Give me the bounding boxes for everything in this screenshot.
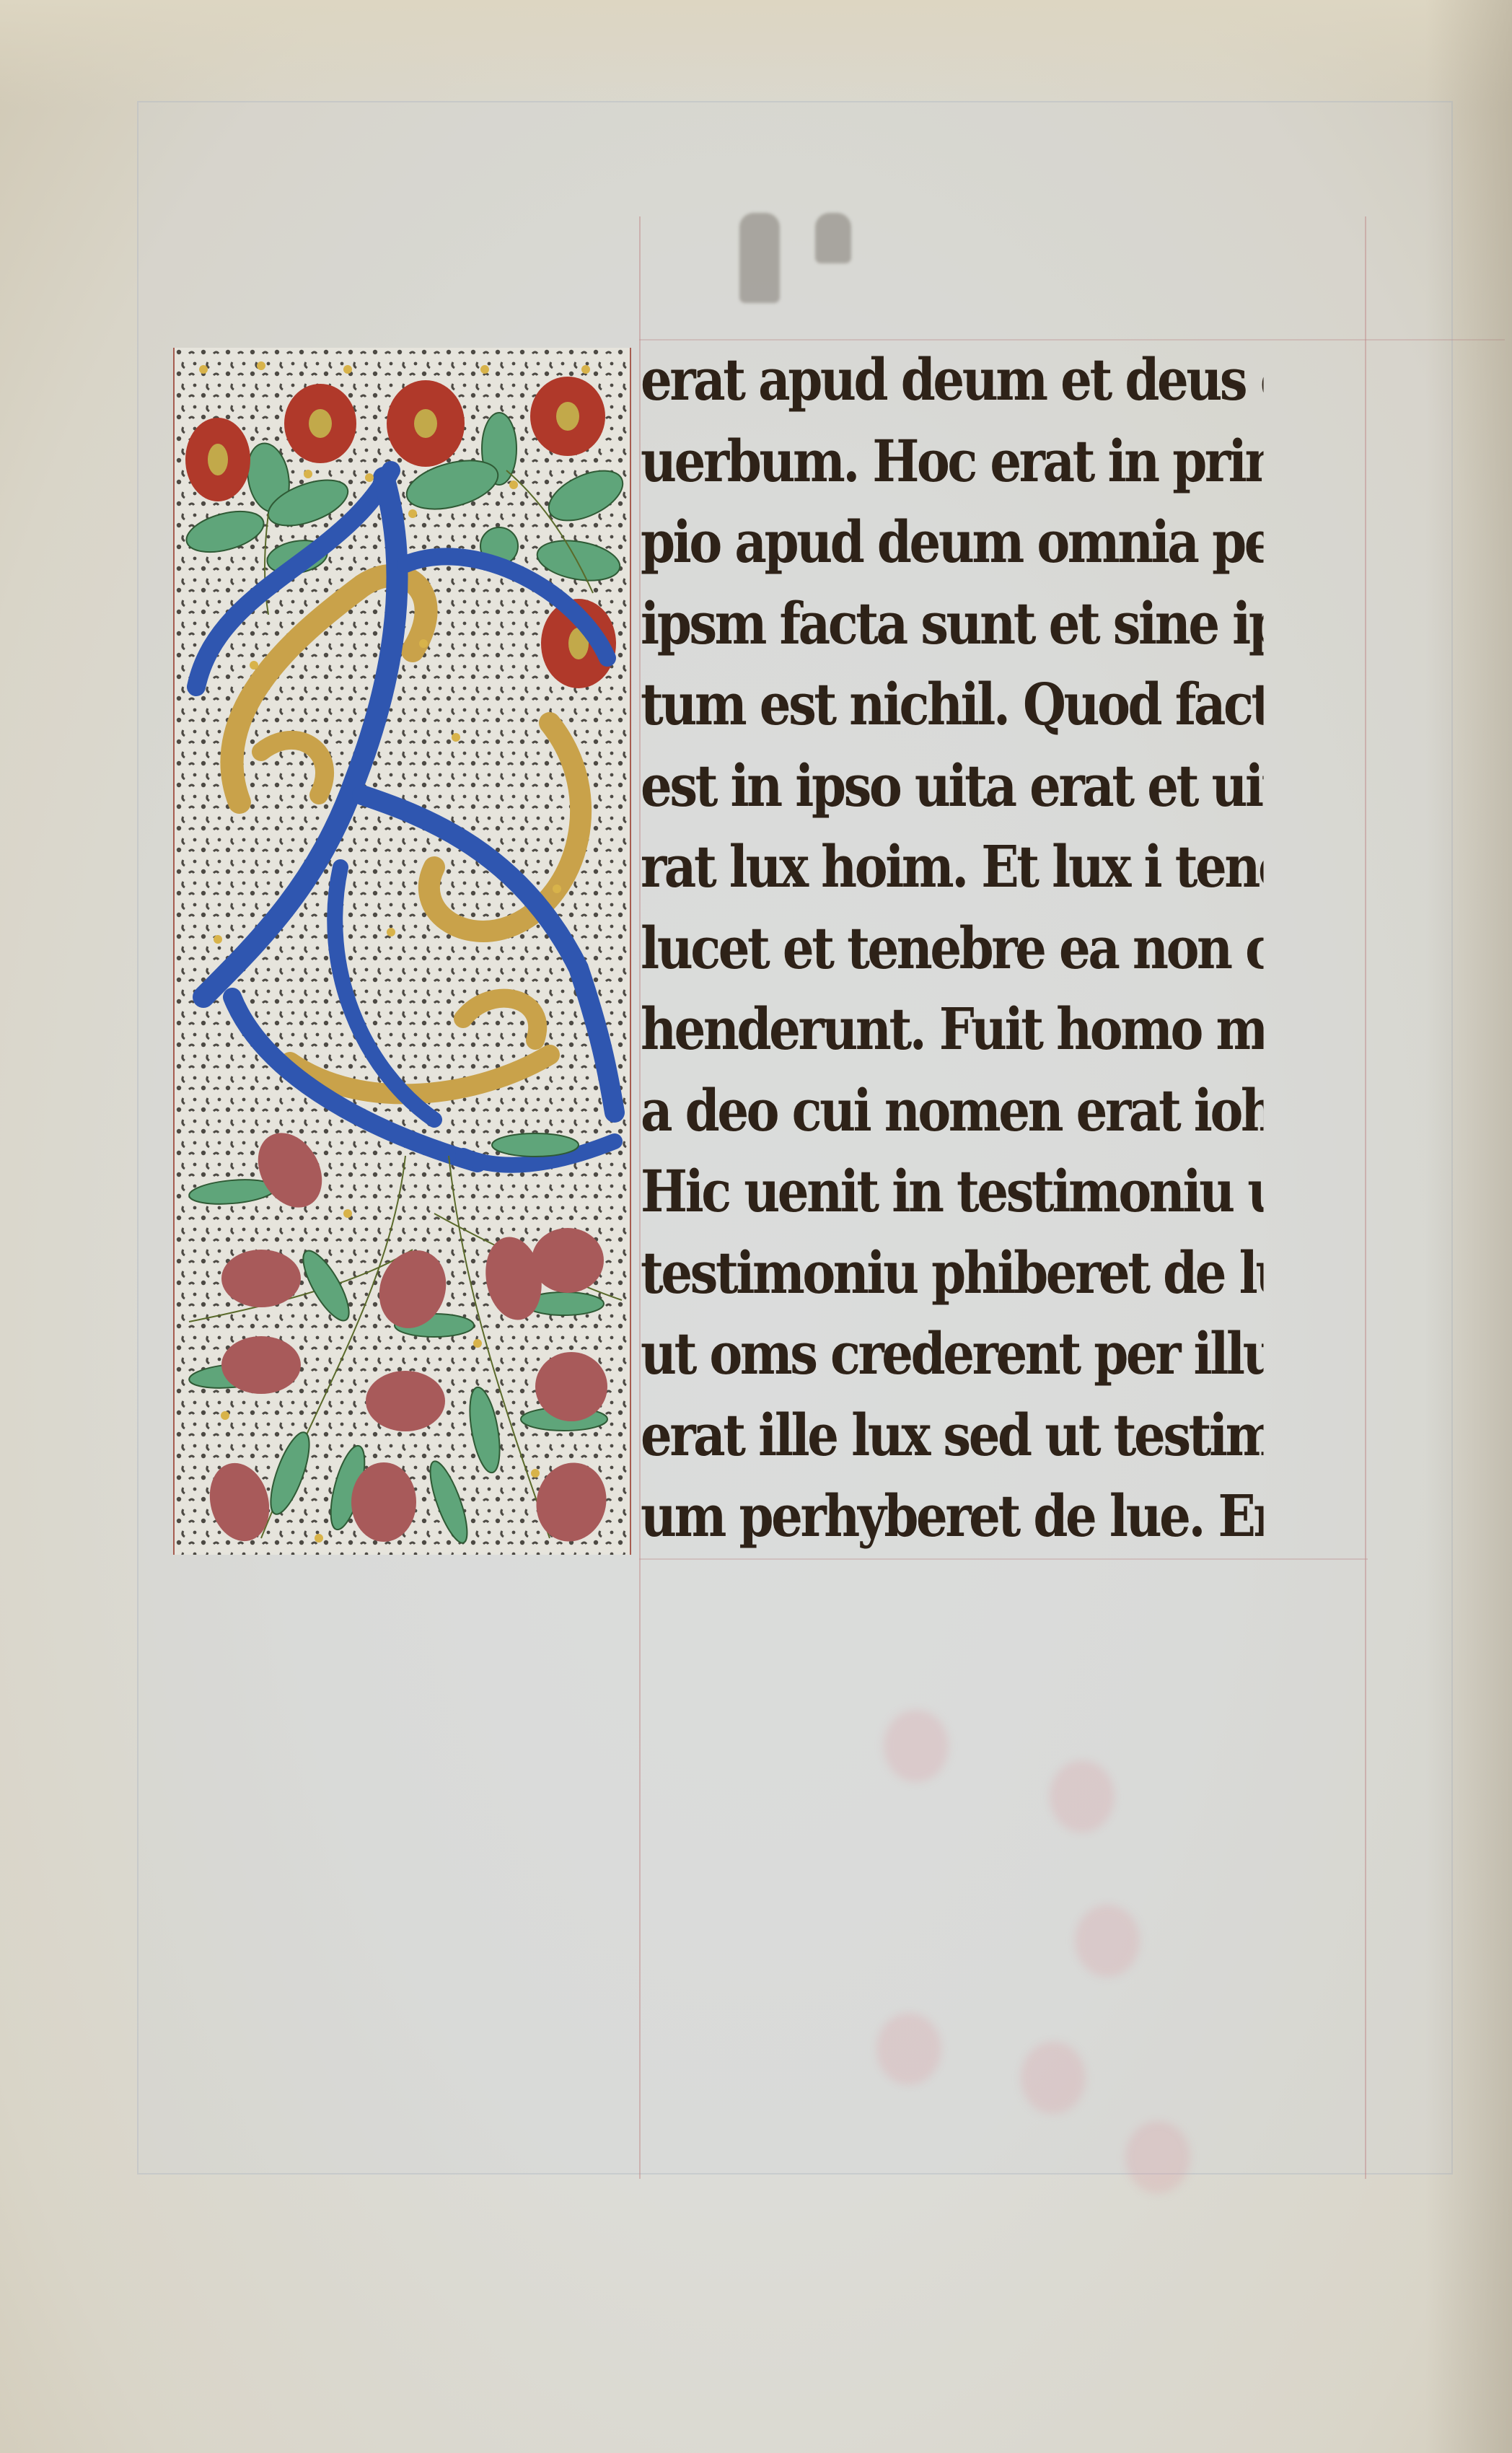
manuscript-leaf: erat apud deum et deus erat uerbum. Hoc …	[0, 0, 1512, 2453]
text-line: est in ipso uita erat et uita e	[641, 745, 1263, 827]
text-line: erat apud deum et deus erat	[641, 339, 1263, 421]
show-through-flower	[884, 1710, 949, 1782]
text-line: lucet et tenebre ea non comp	[641, 908, 1263, 989]
text-line: Hic uenit in testimoniu ut	[641, 1151, 1263, 1232]
text-line: uerbum. Hoc erat in prin	[641, 421, 1263, 502]
ruling-bottom	[639, 1558, 1368, 1560]
show-through-marks	[739, 213, 833, 307]
text-line: ipsm facta sunt et sine ipo fac	[641, 583, 1263, 664]
text-line: tum est nichil. Quod factu	[641, 664, 1263, 745]
border-illumination	[175, 348, 630, 1555]
show-through-flower	[1021, 2042, 1086, 2114]
show-through-flower	[1050, 1760, 1115, 1833]
text-line: a deo cui nomen erat iohes.	[641, 1070, 1263, 1151]
text-line: ut oms crederent per illu. No	[641, 1313, 1263, 1395]
show-through-flower	[1075, 1905, 1140, 1977]
text-line: rat lux hoim. Et lux i tenebris	[641, 826, 1263, 908]
text-line: testimoniu phiberet de lue.	[641, 1232, 1263, 1314]
decorated-border	[173, 348, 631, 1555]
text-line: henderunt. Fuit homo missus	[641, 988, 1263, 1070]
ruling-right	[1365, 216, 1366, 2179]
show-through-flower	[1125, 2121, 1190, 2193]
text-line: pio apud deum omnia per	[641, 501, 1263, 583]
show-through-flower	[876, 2013, 941, 2085]
text-line: erat ille lux sed ut testimoni	[641, 1395, 1263, 1476]
text-line: um perhyberet de lue. Erat	[641, 1475, 1263, 1557]
gospel-text: erat apud deum et deus erat uerbum. Hoc …	[641, 339, 1365, 1557]
